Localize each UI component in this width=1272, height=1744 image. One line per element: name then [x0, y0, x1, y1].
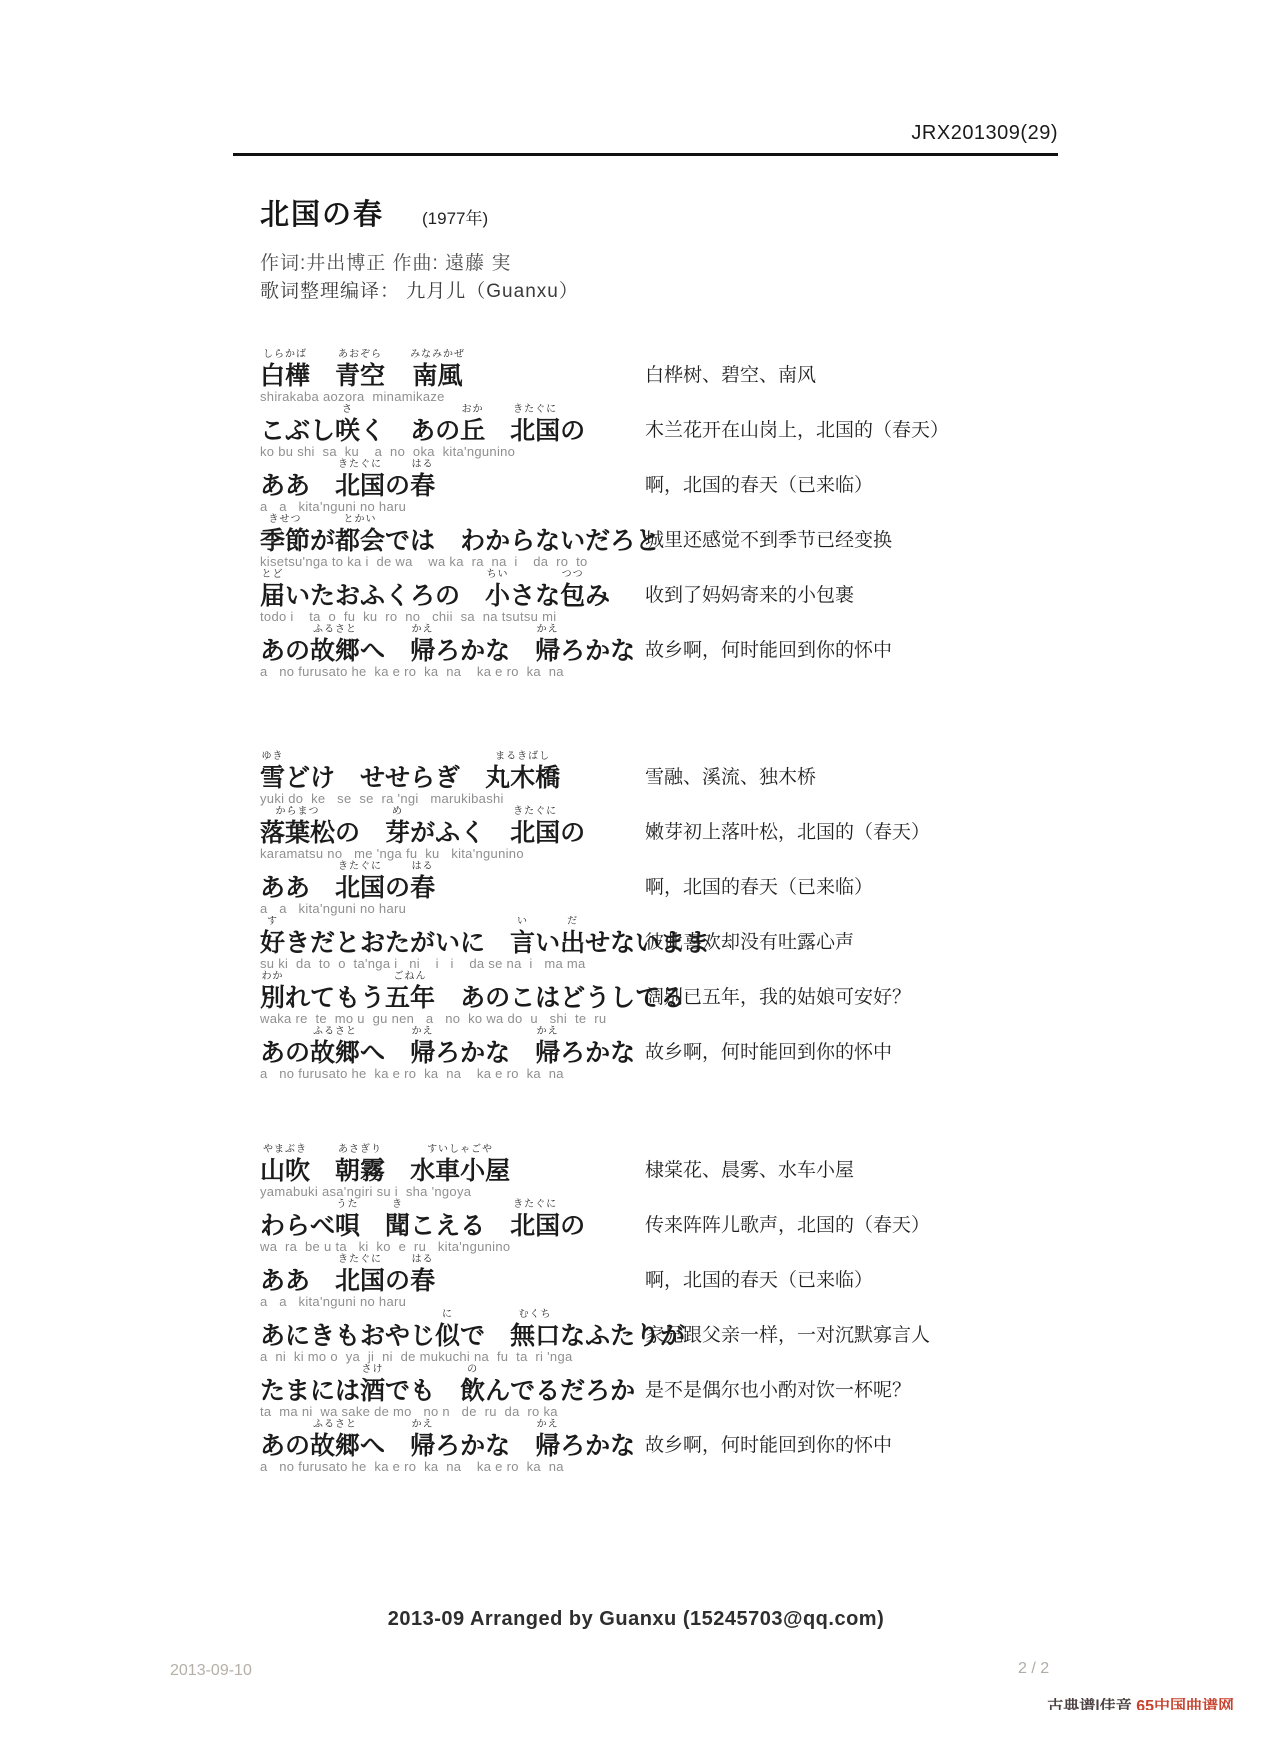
lyric-line: あのふるさと故郷 へ かえ帰 ろかな かえ帰 ろかなa no furusato …	[260, 623, 1250, 678]
furigana	[385, 1143, 410, 1157]
furigana: す	[260, 915, 285, 929]
kana-kanji-text: 水車小屋	[410, 1157, 510, 1185]
jp-segment: かえ帰	[535, 1418, 560, 1460]
furigana: うた	[335, 1198, 360, 1212]
furigana	[310, 1253, 335, 1267]
lyric-line: ゆき雪 どけ せせらぎ まるきばし丸木橋yuki do ke se se ra …	[260, 750, 1250, 805]
furigana: かえ	[535, 1418, 560, 1432]
furigana	[460, 750, 485, 764]
kana-kanji-text: あの	[260, 1432, 310, 1460]
jp-segment: かえ帰	[535, 623, 560, 665]
jp-segment	[360, 805, 385, 847]
furigana	[310, 513, 335, 527]
furigana: かえ	[410, 623, 435, 637]
watermark: 古典谱|佳音 65中国曲谱网	[1047, 1698, 1234, 1710]
jp-segment: の	[385, 1253, 410, 1295]
kana-kanji-text: ろかな	[560, 637, 635, 665]
furigana	[535, 915, 560, 929]
jp-segment: とかい都会	[335, 513, 385, 555]
jp-segment: きたぐに北国	[510, 1198, 560, 1240]
jp-segment	[310, 1143, 335, 1185]
kana-kanji-text: 雪	[260, 764, 285, 792]
kana-kanji-text: 咲	[335, 417, 360, 445]
furigana: め	[385, 805, 410, 819]
furigana	[585, 568, 610, 582]
kana-kanji-text	[310, 362, 335, 390]
kana-kanji-text: さな	[510, 582, 560, 610]
jp-segment: はる春	[410, 1253, 435, 1295]
jp-segment: わからないだろと	[460, 513, 660, 555]
jp-segment: ああ	[260, 860, 310, 902]
furigana	[385, 403, 410, 417]
jp-segment	[435, 1363, 460, 1405]
chinese-translation: 棣棠花、晨雾、水车小屋	[645, 1157, 854, 1185]
lyric-line: ああ きたぐに北国 のはる春a a kita'nguni no haru啊，北国…	[260, 1253, 1250, 1308]
furigana	[460, 568, 485, 582]
romaji-text: a a kita'nguni no haru	[260, 902, 1250, 915]
furigana	[560, 403, 585, 417]
lyric-line: ああ きたぐに北国 のはる春a a kita'nguni no haru啊，北国…	[260, 458, 1250, 513]
kana-kanji-text	[310, 1267, 335, 1295]
jp-segment	[435, 970, 460, 1012]
furigana: きたぐに	[510, 403, 560, 417]
kana-kanji-text: こぶし	[260, 417, 335, 445]
kana-kanji-text: へ	[360, 1039, 385, 1067]
jp-segment: すいしゃごや水車小屋	[410, 1143, 510, 1185]
kana-kanji-text: 帰	[410, 637, 435, 665]
furigana: ゆき	[260, 750, 285, 764]
footer-date: 2013-09-10	[170, 1662, 252, 1680]
furigana	[360, 1418, 385, 1432]
romaji-text: a a kita'nguni no haru	[260, 1295, 1250, 1308]
furigana	[510, 1418, 535, 1432]
kana-kanji-text	[310, 472, 335, 500]
kana-kanji-text	[485, 417, 510, 445]
jp-segment: がふく	[410, 805, 485, 847]
lyric-line: あのふるさと故郷 へ かえ帰 ろかな かえ帰 ろかなa no furusato …	[260, 1418, 1250, 1473]
jp-segment: ろかな	[435, 1418, 510, 1460]
kana-kanji-text: の	[560, 819, 585, 847]
kana-kanji-text: 春	[410, 472, 435, 500]
furigana: い	[510, 915, 535, 929]
jp-segment	[385, 348, 410, 390]
kana-kanji-text: の	[385, 874, 410, 902]
jp-segment: ゆき雪	[260, 750, 285, 792]
kana-kanji-text: 北国	[335, 874, 385, 902]
kana-kanji-text: 飲	[460, 1377, 485, 1405]
furigana	[335, 750, 360, 764]
furigana	[460, 970, 685, 984]
kana-kanji-text: 似	[435, 1322, 460, 1350]
furigana	[560, 1308, 685, 1322]
kana-kanji-text	[335, 764, 360, 792]
kana-kanji-text: み	[585, 582, 610, 610]
jp-segment: み	[585, 568, 610, 610]
jp-segment: かえ帰	[410, 623, 435, 665]
jp-segment: く	[360, 403, 385, 445]
jp-segment	[310, 1253, 335, 1295]
furigana	[510, 568, 560, 582]
furigana	[560, 1418, 635, 1432]
furigana: あおぞら	[335, 348, 385, 362]
furigana	[485, 1363, 635, 1377]
jp-segment: きたぐに北国	[335, 458, 385, 500]
kana-kanji-text: が	[310, 527, 335, 555]
kana-kanji-text: ろかな	[435, 637, 510, 665]
furigana	[360, 623, 385, 637]
furigana	[385, 1363, 435, 1377]
kana-kanji-text: 丸木橋	[485, 764, 560, 792]
jp-segment	[460, 568, 485, 610]
romaji-text: a no furusato he ka e ro ka na ka e ro k…	[260, 1460, 1250, 1473]
romaji-text: waka re te mo u gu nen a no ko wa do u s…	[260, 1012, 1250, 1025]
kana-kanji-text: ろかな	[435, 1039, 510, 1067]
jp-segment: ああ	[260, 458, 310, 500]
lyric-line: とど届 いたおふくろの ちい小 さなつつ包 みtodo i ta o fu ku…	[260, 568, 1250, 623]
kana-kanji-text: の	[560, 417, 585, 445]
jp-segment: ろかな	[560, 1418, 635, 1460]
furigana: とかい	[335, 513, 385, 527]
jp-segment: はる春	[410, 860, 435, 902]
jp-segment	[510, 1025, 535, 1067]
jp-segment	[310, 458, 335, 500]
kana-kanji-text: 季節	[260, 527, 310, 555]
furigana	[335, 805, 360, 819]
furigana: からまつ	[260, 805, 335, 819]
jp-segment: むくち無口	[510, 1308, 560, 1350]
jp-segment: あの	[410, 403, 460, 445]
lyric-line: からまつ落葉松 の め芽 がふく きたぐに北国 のkaramatsu no me…	[260, 805, 1250, 860]
kana-kanji-text: 帰	[535, 1039, 560, 1067]
jp-segment: どけ	[285, 750, 335, 792]
jp-segment: の	[335, 805, 360, 847]
kana-kanji-text: 青空	[335, 362, 385, 390]
kana-kanji-text: 五年	[385, 984, 435, 1012]
jp-segment: たまには	[260, 1363, 360, 1405]
jp-segment: め芽	[385, 805, 410, 847]
furigana	[260, 1025, 310, 1039]
jp-segment: へ	[360, 623, 385, 665]
kana-kanji-text: どけ	[285, 764, 335, 792]
furigana	[460, 513, 660, 527]
kana-kanji-text: 春	[410, 874, 435, 902]
jp-segment: へ	[360, 1418, 385, 1460]
furigana	[585, 915, 710, 929]
kana-kanji-text: 白樺	[260, 362, 310, 390]
jp-segment: みなみかぜ南風	[410, 348, 465, 390]
chinese-translation: 传来阵阵儿歌声，北国的（春天）	[645, 1212, 930, 1240]
jp-segment: の	[560, 403, 585, 445]
kana-kanji-text: 無口	[510, 1322, 560, 1350]
lyric-line: やまぶき山吹 あさぎり朝霧 すいしゃごや水車小屋yamabuki asa'ngi…	[260, 1143, 1250, 1198]
furigana	[485, 805, 510, 819]
furigana	[410, 403, 460, 417]
title-row: 北国の春(1977年)	[260, 192, 488, 233]
jp-segment: が	[310, 513, 335, 555]
jp-segment: きたぐに北国	[510, 805, 560, 847]
furigana	[260, 458, 310, 472]
jp-segment: やまぶき山吹	[260, 1143, 310, 1185]
jp-segment	[385, 623, 410, 665]
kana-kanji-text: 言	[510, 929, 535, 957]
jp-segment: きたぐに北国	[510, 403, 560, 445]
chinese-translation: 白桦树、碧空、南风	[645, 362, 816, 390]
jp-segment: さな	[510, 568, 560, 610]
furigana	[485, 1198, 510, 1212]
furigana	[560, 1198, 585, 1212]
kana-kanji-text: 春	[410, 1267, 435, 1295]
furigana: きたぐに	[335, 458, 385, 472]
jp-segment	[485, 1308, 510, 1350]
furigana	[385, 1253, 410, 1267]
chinese-translation: 嫩芽初上落叶松，北国的（春天）	[645, 819, 930, 847]
furigana: ふるさと	[310, 1418, 360, 1432]
furigana: しらかば	[260, 348, 310, 362]
jp-segment: だ出	[560, 915, 585, 957]
jp-segment: ふるさと故郷	[310, 1025, 360, 1067]
jp-segment: さけ酒	[360, 1363, 385, 1405]
jp-segment: ふるさと故郷	[310, 1418, 360, 1460]
lyric-line: す好 きだとおたがいに い言 いだ出 せないままsu ki da to o ta…	[260, 915, 1250, 970]
kana-kanji-text	[435, 527, 460, 555]
jp-segment: こえる	[410, 1198, 485, 1240]
furigana	[260, 1363, 360, 1377]
furigana	[510, 1025, 535, 1039]
furigana: かえ	[410, 1418, 435, 1432]
lyric-line: たまにはさけ酒 でも の飲 んでるだろかta ma ni wa sake de …	[260, 1363, 1250, 1418]
kana-kanji-text: 届	[260, 582, 285, 610]
jp-segment: とど届	[260, 568, 285, 610]
jp-segment: す好	[260, 915, 285, 957]
furigana	[260, 623, 310, 637]
romaji-text: yamabuki asa'ngiri su i sha 'ngoya	[260, 1185, 1250, 1198]
kana-kanji-text: たまには	[260, 1377, 360, 1405]
furigana: きせつ	[260, 513, 310, 527]
lyric-line: こぶしさ咲 く あのおか丘 きたぐに北国 のko bu shi sa ku a …	[260, 403, 1250, 458]
kana-kanji-text: 故郷	[310, 637, 360, 665]
jp-segment: きたぐに北国	[335, 860, 385, 902]
kana-kanji-text	[385, 1157, 410, 1185]
furigana	[435, 970, 460, 984]
kana-kanji-text: 故郷	[310, 1039, 360, 1067]
jp-segment: あの	[260, 623, 310, 665]
furigana: かえ	[535, 623, 560, 637]
furigana	[360, 750, 460, 764]
jp-segment: い	[535, 915, 560, 957]
furigana: すいしゃごや	[410, 1143, 510, 1157]
jp-segment: おか丘	[460, 403, 485, 445]
furigana	[310, 1143, 335, 1157]
kana-kanji-text: ああ	[260, 1267, 310, 1295]
kana-kanji-text: 帰	[410, 1039, 435, 1067]
kana-kanji-text: 帰	[410, 1432, 435, 1460]
chinese-translation: 家兄跟父亲一样，一对沉默寡言人	[645, 1322, 930, 1350]
furigana: きたぐに	[335, 860, 385, 874]
kana-kanji-text	[310, 874, 335, 902]
verse: やまぶき山吹 あさぎり朝霧 すいしゃごや水車小屋yamabuki asa'ngi…	[260, 1143, 1250, 1473]
chinese-translation: 木兰花开在山岗上，北国的（春天）	[645, 417, 949, 445]
kana-kanji-text: 故郷	[310, 1432, 360, 1460]
romaji-text: karamatsu no me 'nga fu ku kita'ngunino	[260, 847, 1250, 860]
jp-segment: しらかば白樺	[260, 348, 310, 390]
romaji-text: wa ra be u ta ki ko e ru kita'ngunino	[260, 1240, 1250, 1253]
jp-segment: ろかな	[435, 1025, 510, 1067]
chinese-translation: 啊，北国的春天（已来临）	[645, 874, 873, 902]
jp-segment: あさぎり朝霧	[335, 1143, 385, 1185]
jp-segment: あおぞら青空	[335, 348, 385, 390]
furigana	[360, 805, 385, 819]
document-code: JRX201309(29)	[0, 122, 1058, 145]
chinese-translation: 故乡啊，何时能回到你的怀中	[645, 637, 892, 665]
jp-segment: こぶし	[260, 403, 335, 445]
furigana	[360, 1198, 385, 1212]
jp-segment: んでるだろか	[485, 1363, 635, 1405]
jp-segment: かえ帰	[535, 1025, 560, 1067]
kana-kanji-text	[485, 1322, 510, 1350]
jp-segment: さ咲	[335, 403, 360, 445]
header-divider	[233, 153, 1058, 156]
romaji-text: shirakaba aozora minamikaze	[260, 390, 1250, 403]
jp-segment: あの	[260, 1418, 310, 1460]
kana-kanji-text: では	[385, 527, 435, 555]
furigana	[560, 623, 635, 637]
jp-segment	[385, 1418, 410, 1460]
jp-segment: うた唄	[335, 1198, 360, 1240]
kana-kanji-text: 都会	[335, 527, 385, 555]
romaji-text: ko bu shi sa ku a no oka kita'ngunino	[260, 445, 1250, 458]
jp-segment	[485, 1198, 510, 1240]
jp-segment: ごねん五年	[385, 970, 435, 1012]
furigana	[435, 1418, 510, 1432]
furigana: やまぶき	[260, 1143, 310, 1157]
lyric-line: しらかば白樺 あおぞら青空 みなみかぜ南風shirakaba aozora mi…	[260, 348, 1250, 403]
furigana	[360, 403, 385, 417]
furigana	[460, 1308, 485, 1322]
kana-kanji-text	[435, 984, 460, 1012]
jp-segment: へ	[360, 1025, 385, 1067]
jp-segment	[485, 403, 510, 445]
jp-segment: つつ包	[560, 568, 585, 610]
kana-kanji-text	[385, 417, 410, 445]
furigana	[385, 860, 410, 874]
jp-segment: まるきばし丸木橋	[485, 750, 560, 792]
footer-page-number: 2 / 2	[1018, 1660, 1049, 1678]
jp-segment	[510, 623, 535, 665]
furigana: ふるさと	[310, 623, 360, 637]
jp-segment	[385, 403, 410, 445]
furigana	[285, 970, 385, 984]
lyric-line: わらべうた唄 き聞 こえる きたぐに北国 のwa ra be u ta ki k…	[260, 1198, 1250, 1253]
kana-kanji-text	[510, 637, 535, 665]
jp-segment: せせらぎ	[360, 750, 460, 792]
romaji-text: a no furusato he ka e ro ka na ka e ro k…	[260, 1067, 1250, 1080]
jp-segment: きたぐに北国	[335, 1253, 385, 1295]
jp-segment: かえ帰	[410, 1025, 435, 1067]
jp-segment: いたおふくろの	[285, 568, 460, 610]
furigana	[385, 513, 435, 527]
kana-kanji-text: 帰	[535, 637, 560, 665]
lyrics: しらかば白樺 あおぞら青空 みなみかぜ南風shirakaba aozora mi…	[260, 348, 1250, 1473]
furigana: まるきばし	[485, 750, 560, 764]
kana-kanji-text: 北国	[510, 417, 560, 445]
kana-kanji-text: 小	[485, 582, 510, 610]
jp-segment	[485, 915, 510, 957]
kana-kanji-text: ろかな	[435, 1432, 510, 1460]
furigana	[260, 403, 335, 417]
furigana	[260, 860, 310, 874]
lyric-line: あにきもおやじに似 で むくち無口 なふたりがa ni ki mo o ya j…	[260, 1308, 1250, 1363]
jp-segment: の	[385, 458, 410, 500]
furigana	[385, 348, 410, 362]
romaji-text: a ni ki mo o ya ji ni de mukuchi na fu t…	[260, 1350, 1250, 1363]
kana-kanji-text	[435, 1377, 460, 1405]
jp-segment	[385, 1025, 410, 1067]
jp-segment: きだとおたがいに	[285, 915, 485, 957]
kana-kanji-text: 帰	[535, 1432, 560, 1460]
furigana: ごねん	[385, 970, 435, 984]
kana-kanji-text: 出	[560, 929, 585, 957]
kana-kanji-text	[385, 1432, 410, 1460]
furigana	[360, 1025, 385, 1039]
song-year: (1977年)	[422, 209, 488, 228]
chinese-translation: 阔别已五年，我的姑娘可安好？	[645, 984, 911, 1012]
jp-segment: の	[385, 860, 410, 902]
kana-kanji-text	[460, 764, 485, 792]
kana-kanji-text	[485, 1212, 510, 1240]
furigana	[485, 915, 510, 929]
chinese-translation: 城里还感觉不到季节已经变换	[645, 527, 892, 555]
kana-kanji-text: んでるだろか	[485, 1377, 635, 1405]
kana-kanji-text	[360, 819, 385, 847]
furigana	[560, 805, 585, 819]
kana-kanji-text: 北国	[510, 1212, 560, 1240]
kana-kanji-text: いたおふくろの	[285, 582, 460, 610]
furigana	[435, 623, 510, 637]
chinese-translation: 收到了妈妈寄来的小包裹	[645, 582, 854, 610]
furigana	[410, 1198, 485, 1212]
furigana: はる	[410, 458, 435, 472]
furigana	[310, 860, 335, 874]
kana-kanji-text: 山吹	[260, 1157, 310, 1185]
jp-segment: はる春	[410, 458, 435, 500]
jp-segment: わらべ	[260, 1198, 335, 1240]
kana-kanji-text: 朝霧	[335, 1157, 385, 1185]
romaji-text: a a kita'nguni no haru	[260, 500, 1250, 513]
furigana	[385, 1418, 410, 1432]
kana-kanji-text: ろかな	[560, 1039, 635, 1067]
jp-segment: ろかな	[560, 1025, 635, 1067]
chinese-translation: 啊，北国的春天（已来临）	[645, 1267, 873, 1295]
kana-kanji-text: で	[460, 1322, 485, 1350]
lyric-line: わか別 れてもうごねん五年 あのこはどうしてるwaka re te mo u g…	[260, 970, 1250, 1025]
furigana	[410, 805, 485, 819]
furigana	[285, 915, 485, 929]
kana-kanji-text	[460, 582, 485, 610]
furigana	[385, 623, 410, 637]
furigana: はる	[410, 860, 435, 874]
furigana	[485, 403, 510, 417]
jp-segment	[310, 860, 335, 902]
jp-segment: で	[460, 1308, 485, 1350]
furigana	[435, 1363, 460, 1377]
furigana: さ	[335, 403, 360, 417]
furigana	[435, 1025, 510, 1039]
furigana	[285, 750, 335, 764]
jp-segment: い言	[510, 915, 535, 957]
furigana: おか	[460, 403, 485, 417]
lyric-line: きせつ季節 がとかい都会 では わからないだろとkisetsu'nga to k…	[260, 513, 1250, 568]
jp-segment	[335, 750, 360, 792]
